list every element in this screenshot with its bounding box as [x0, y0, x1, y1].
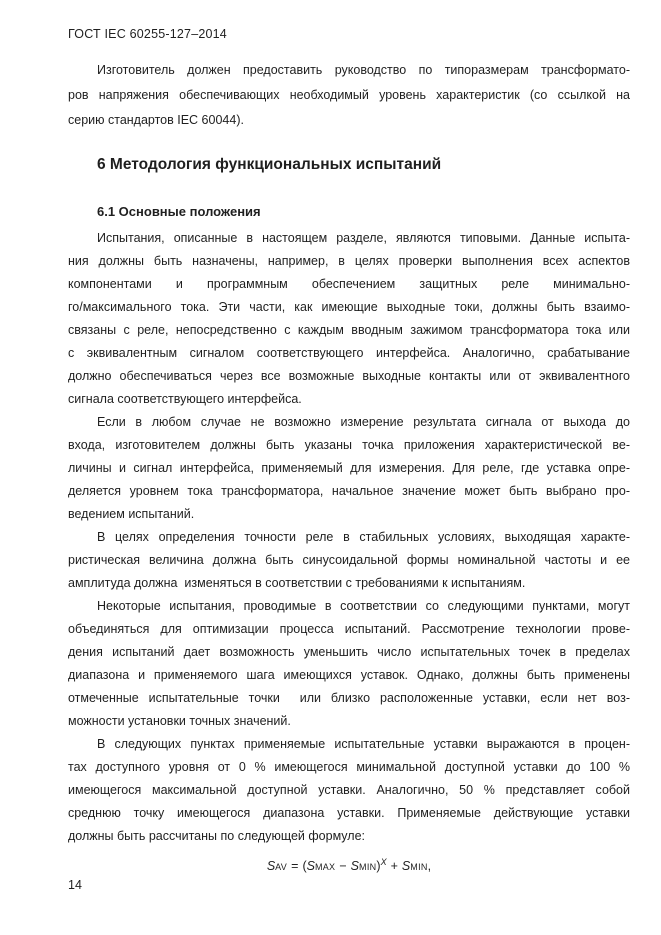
- paragraph-line: имеющегося максимальной доступной уставк…: [68, 779, 630, 802]
- paragraph-line: В следующих пунктах применяемые испытате…: [68, 733, 630, 756]
- paragraph-line: входа, изготовителем должны быть указаны…: [68, 434, 630, 457]
- paragraph-line: отмеченные испытательные точки или близк…: [68, 687, 630, 710]
- formula-plus-sign: +: [391, 859, 398, 873]
- paragraph-line: должно обеспечиваться через все возможны…: [68, 365, 630, 388]
- paragraph-line: с эквивалентным сигналом соответствующег…: [68, 342, 630, 365]
- formula-sub-min: MIN: [359, 862, 376, 872]
- paragraph-line: дения испытаний дает возможность уменьши…: [68, 641, 630, 664]
- paragraph-line: ния должны быть назначены, например, в ц…: [68, 250, 630, 273]
- paragraph-line: ведением испытаний.: [68, 503, 630, 526]
- paragraph-line: личины и сигнал интерфейса, применяемый …: [68, 457, 630, 480]
- paragraph-line: Некоторые испытания, проводимые в соотве…: [68, 595, 630, 618]
- paragraph-tests-typical: Испытания, описанные в настоящем разделе…: [68, 227, 630, 411]
- paragraph-line: можности установки точных значений.: [68, 710, 630, 733]
- paragraph-line: сигнала соответствующего интерфейса.: [68, 388, 630, 411]
- formula-exponent-x: X: [381, 857, 387, 867]
- intro-paragraph: Изготовитель должен предоставить руковод…: [68, 58, 630, 133]
- paragraph-line: компонентами и программным обеспечением …: [68, 273, 630, 296]
- paragraph-line: ров напряжения обеспечивающих необходимы…: [68, 83, 630, 108]
- doc-number-header: ГОСТ IEC 60255-127–2014: [68, 27, 630, 42]
- formula-var-s: S: [351, 859, 359, 873]
- formula-var-s: S: [402, 859, 410, 873]
- paragraph-line: го/максимального тока. Эти части, как им…: [68, 296, 630, 319]
- paragraph-line: объединяться для оптимизации процесса ис…: [68, 618, 630, 641]
- paragraph-line: В целях определения точности реле в стаб…: [68, 526, 630, 549]
- paragraph-line: тах доступного уровня от 0 % имеющегося …: [68, 756, 630, 779]
- paragraph-line: связаны с реле, непосредственно с каждым…: [68, 319, 630, 342]
- formula-sub-av: AV: [275, 862, 287, 872]
- paragraph-line: Испытания, описанные в настоящем разделе…: [68, 227, 630, 250]
- formula-var-s: S: [267, 859, 275, 873]
- paragraph-test-optimization: Некоторые испытания, проводимые в соотве…: [68, 595, 630, 733]
- formula-comma: ,: [428, 859, 431, 873]
- paragraph-test-settings-percent: В следующих пунктах применяемые испытате…: [68, 733, 630, 848]
- paragraph-line: Изготовитель должен предоставить руковод…: [68, 58, 630, 83]
- formula-minus-sign: −: [339, 859, 346, 873]
- page-number: 14: [68, 878, 630, 893]
- paragraph-line: амплитуда должна изменяться в соответств…: [68, 572, 630, 595]
- paragraph-line: должны быть рассчитаны по следующей форм…: [68, 825, 630, 848]
- paragraph-line: ристическая величина должна быть синусои…: [68, 549, 630, 572]
- paragraph-line: Если в любом случае не возможно измерени…: [68, 411, 630, 434]
- document-page: ГОСТ IEC 60255-127–2014 Изготовитель дол…: [0, 0, 661, 935]
- paragraph-line: диапазона и применяемого шага имеющихся …: [68, 664, 630, 687]
- sav-formula: SAV=(SMAX−SMIN)X+SMIN,: [68, 853, 630, 876]
- formula-equals-sign: =: [291, 859, 298, 873]
- subsection-6-1-heading: 6.1 Основные положения: [97, 203, 630, 221]
- formula-var-s: S: [307, 859, 315, 873]
- paragraph-line: среднюю точку имеющегося диапазона устав…: [68, 802, 630, 825]
- formula-sub-min: MIN: [410, 862, 427, 872]
- paragraph-measurement-point: Если в любом случае не возможно измерени…: [68, 411, 630, 526]
- formula-sub-max: MAX: [315, 862, 335, 872]
- paragraph-line: серию стандартов IEC 60044).: [68, 108, 630, 133]
- section-6-heading: 6 Методология функциональных испытаний: [97, 155, 630, 174]
- paragraph-line: деляется уровнем тока трансформатора, на…: [68, 480, 630, 503]
- paragraph-accuracy-conditions: В целях определения точности реле в стаб…: [68, 526, 630, 595]
